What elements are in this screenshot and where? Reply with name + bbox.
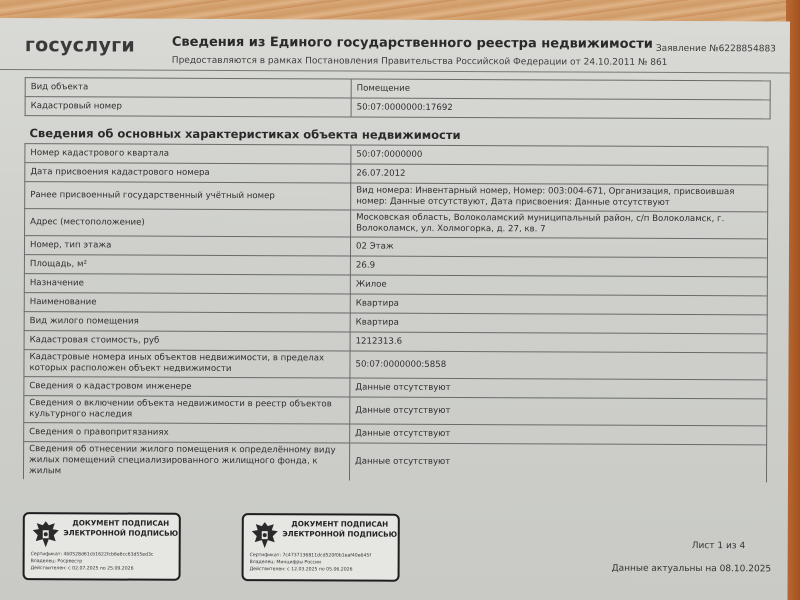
row-value: Квартира (350, 294, 767, 315)
stamp-validity: Действителен: с 02.07.2025 по 25.09.2026 (31, 565, 154, 573)
stamp-details: Сертификат: 4b0528d61cb1622fcb6e6cc63d55… (31, 551, 154, 573)
row-label: Сведения о правопритязаниях (24, 423, 350, 443)
object-info-table: Вид объекта Помещение Кадастровый номер … (25, 77, 771, 119)
document-title: Сведения из Единого государственного рее… (172, 35, 653, 52)
table-row: Кадастровые номера иных объектов недвижи… (24, 350, 767, 380)
row-value: Жилое (350, 275, 767, 296)
document-subtitle: Предоставляются в рамках Постановления П… (172, 56, 668, 68)
coat-of-arms-icon (250, 519, 280, 551)
row-value: 26.9 (350, 256, 767, 277)
row-value: 50:07:0000000:5858 (350, 351, 767, 380)
row-value: Данные отсутствуют (350, 378, 767, 399)
stamp-validity: Действителен: с 12.03.2025 по 05.06.2026 (250, 566, 371, 574)
gosuslugi-logo: госуслуги (25, 34, 135, 56)
row-value: 1212313.6 (350, 332, 767, 353)
signature-stamp-mintsifry: ДОКУМЕНТ ПОДПИСАН ЭЛЕКТРОННОЙ ПОДПИСЬЮ С… (242, 513, 400, 582)
row-value: Данные отсутствуют (350, 397, 767, 426)
row-label: Номер кадастрового квартала (25, 144, 351, 164)
stamp-heading: ДОКУМЕНТ ПОДПИСАН ЭЛЕКТРОННОЙ ПОДПИСЬЮ (63, 518, 179, 538)
table-row: Сведения о включении объекта недвижимост… (24, 396, 767, 426)
row-value: 50:07:0000000 (351, 145, 768, 166)
row-label: Назначение (24, 274, 350, 294)
row-label: Сведения о кадастровом инженере (24, 377, 350, 397)
row-value: Квартира (350, 313, 767, 334)
table-row: Кадастровый номер 50:07:0000000:17692 (25, 97, 770, 119)
row-label: Вид объекта (25, 78, 351, 98)
characteristics-table: Номер кадастрового квартала50:07:0000000… (23, 143, 768, 482)
row-value: Вид номера: Инвентарный номер, Номер: 00… (351, 183, 768, 212)
data-actual-date: Данные актуальны на 08.10.2025 (612, 564, 772, 575)
row-label: Номер, тип этажа (24, 236, 350, 256)
row-label: Кадастровый номер (25, 97, 351, 117)
header-divider (0, 69, 790, 73)
row-label: Ранее присвоенный государственный учётны… (25, 182, 351, 210)
stamp-details: Сертификат: 7c4737136811dcd520f0b1eaf40e… (250, 552, 371, 574)
section-title: Сведения об основных характеристиках объ… (29, 126, 460, 142)
stamp-heading: ДОКУМЕНТ ПОДПИСАН ЭЛЕКТРОННОЙ ПОДПИСЬЮ (282, 519, 398, 539)
row-label: Кадастровые номера иных объектов недвижи… (24, 350, 350, 378)
row-value: 02 Этаж (350, 237, 767, 258)
row-value: Помещение (351, 79, 770, 100)
row-value: Данные отсутствуют (350, 424, 767, 445)
table-row: Сведения об отнесении жилого помещения к… (23, 442, 766, 483)
row-value: Московская область, Волоколамский муници… (351, 210, 768, 239)
row-label: Адрес (местоположение) (25, 209, 351, 237)
row-label: Сведения об отнесении жилого помещения к… (23, 442, 349, 481)
row-value: 50:07:0000000:17692 (351, 98, 770, 119)
row-label: Вид жилого помещения (24, 312, 350, 332)
row-label: Площадь, м² (24, 255, 350, 275)
row-label: Дата присвоения кадастрового номера (25, 163, 351, 183)
row-label: Наименование (24, 293, 350, 313)
coat-of-arms-icon (31, 518, 61, 550)
document-page: госуслуги Сведения из Единого государств… (0, 18, 790, 600)
signature-stamp-rosreestr: ДОКУМЕНТ ПОДПИСАН ЭЛЕКТРОННОЙ ПОДПИСЬЮ С… (23, 512, 181, 581)
table-row: Адрес (местоположение)Московская область… (25, 209, 768, 239)
application-number: Заявление №6228854883 (656, 44, 776, 55)
row-value: Данные отсутствуют (349, 443, 766, 482)
page-counter: Лист 1 из 4 (692, 541, 746, 551)
row-value: 26.07.2012 (351, 164, 768, 185)
row-label: Сведения о включении объекта недвижимост… (24, 396, 350, 424)
table-row: Ранее присвоенный государственный учётны… (25, 182, 768, 212)
row-label: Кадастровая стоимость, руб (24, 331, 350, 351)
